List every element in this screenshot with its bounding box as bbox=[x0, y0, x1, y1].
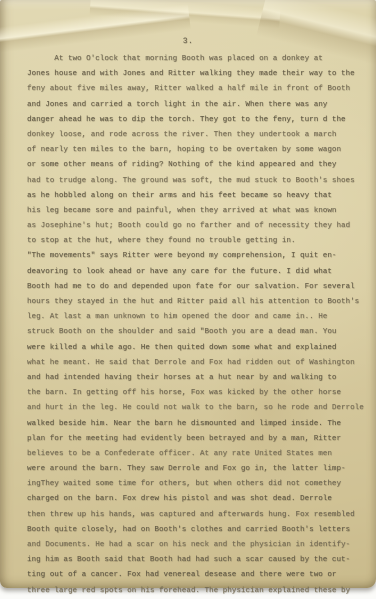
text-line: leg. At last a man unknown to him opened… bbox=[27, 310, 364, 325]
paper-page: 3. At two O'clock that morning Booth was… bbox=[0, 0, 376, 588]
text-line: had to trudge along. The ground was soft… bbox=[27, 174, 364, 189]
text-line: feny about five miles away, Ritter walke… bbox=[27, 82, 364, 97]
page-number: 3. bbox=[0, 37, 376, 46]
text-line: danger ahead he was to dip the torch. Th… bbox=[27, 113, 364, 128]
text-line: believes to be a Confederate officer. At… bbox=[27, 447, 364, 462]
text-line: were around the barn. They saw Derrole a… bbox=[27, 462, 364, 477]
text-line: the barn. In getting off his horse, Fox … bbox=[27, 386, 364, 401]
text-line: ting out of a cancer. Fox had venereal d… bbox=[27, 568, 364, 583]
text-line: or some other means of riding? Nothing o… bbox=[27, 158, 364, 173]
text-line: of nearly ten miles to the barn, hoping … bbox=[27, 143, 364, 158]
text-line: as Josephine's hut; Booth could go no fa… bbox=[27, 219, 364, 234]
text-line: Booth had me to do and depended upon fat… bbox=[27, 280, 364, 295]
text-line: his leg became sore and painful, when th… bbox=[27, 204, 364, 219]
text-line: what he meant. He said that Derrole and … bbox=[27, 356, 364, 371]
page-text: At two O'clock that morning Booth was pl… bbox=[27, 52, 364, 599]
text-line: hours they stayed in the hut and Ritter … bbox=[27, 295, 364, 310]
text-line: charged on the barn. Fox drew his pistol… bbox=[27, 492, 364, 507]
scan-background: 3. At two O'clock that morning Booth was… bbox=[0, 0, 376, 599]
text-line: Jones house and with Jones and Ritter wa… bbox=[27, 67, 364, 82]
text-line: as he hobbled along on their arms and hi… bbox=[27, 189, 364, 204]
text-line: plan for the meeting had evidently been … bbox=[27, 432, 364, 447]
text-line: Booth quite closely, had on Booth's clot… bbox=[27, 523, 364, 538]
text-line: then threw up his hands, was captured an… bbox=[27, 508, 364, 523]
text-line: and hurt in the leg. He could not walk t… bbox=[27, 401, 364, 416]
text-line: and Documents. He had a scar on his neck… bbox=[27, 538, 364, 553]
text-line: were killed a while ago. He then quited … bbox=[27, 341, 364, 356]
text-line: to stop at the hut, where they found no … bbox=[27, 234, 364, 249]
text-line: three large red spots on his forehead. T… bbox=[27, 584, 364, 599]
paper-crease bbox=[0, 4, 191, 54]
text-line: deavoring to look ahead or have any care… bbox=[27, 265, 364, 280]
text-line: ing him as Booth said that Booth had had… bbox=[27, 553, 364, 568]
text-line: and had intended having their horses at … bbox=[27, 371, 364, 386]
paper-crease bbox=[90, 0, 281, 29]
text-line: At two O'clock that morning Booth was pl… bbox=[27, 52, 364, 67]
text-line: "The movements" says Ritter were beyond … bbox=[27, 249, 364, 264]
text-line: donkey loose, and rode across the river.… bbox=[27, 128, 364, 143]
text-line: struck Booth on the shoulder and said "B… bbox=[27, 325, 364, 340]
text-line: ingThey waited some time for others, but… bbox=[27, 477, 364, 492]
text-line: walked beside him. Near the barn he dism… bbox=[27, 417, 364, 432]
text-line: and Jones and carried a torch light in t… bbox=[27, 98, 364, 113]
